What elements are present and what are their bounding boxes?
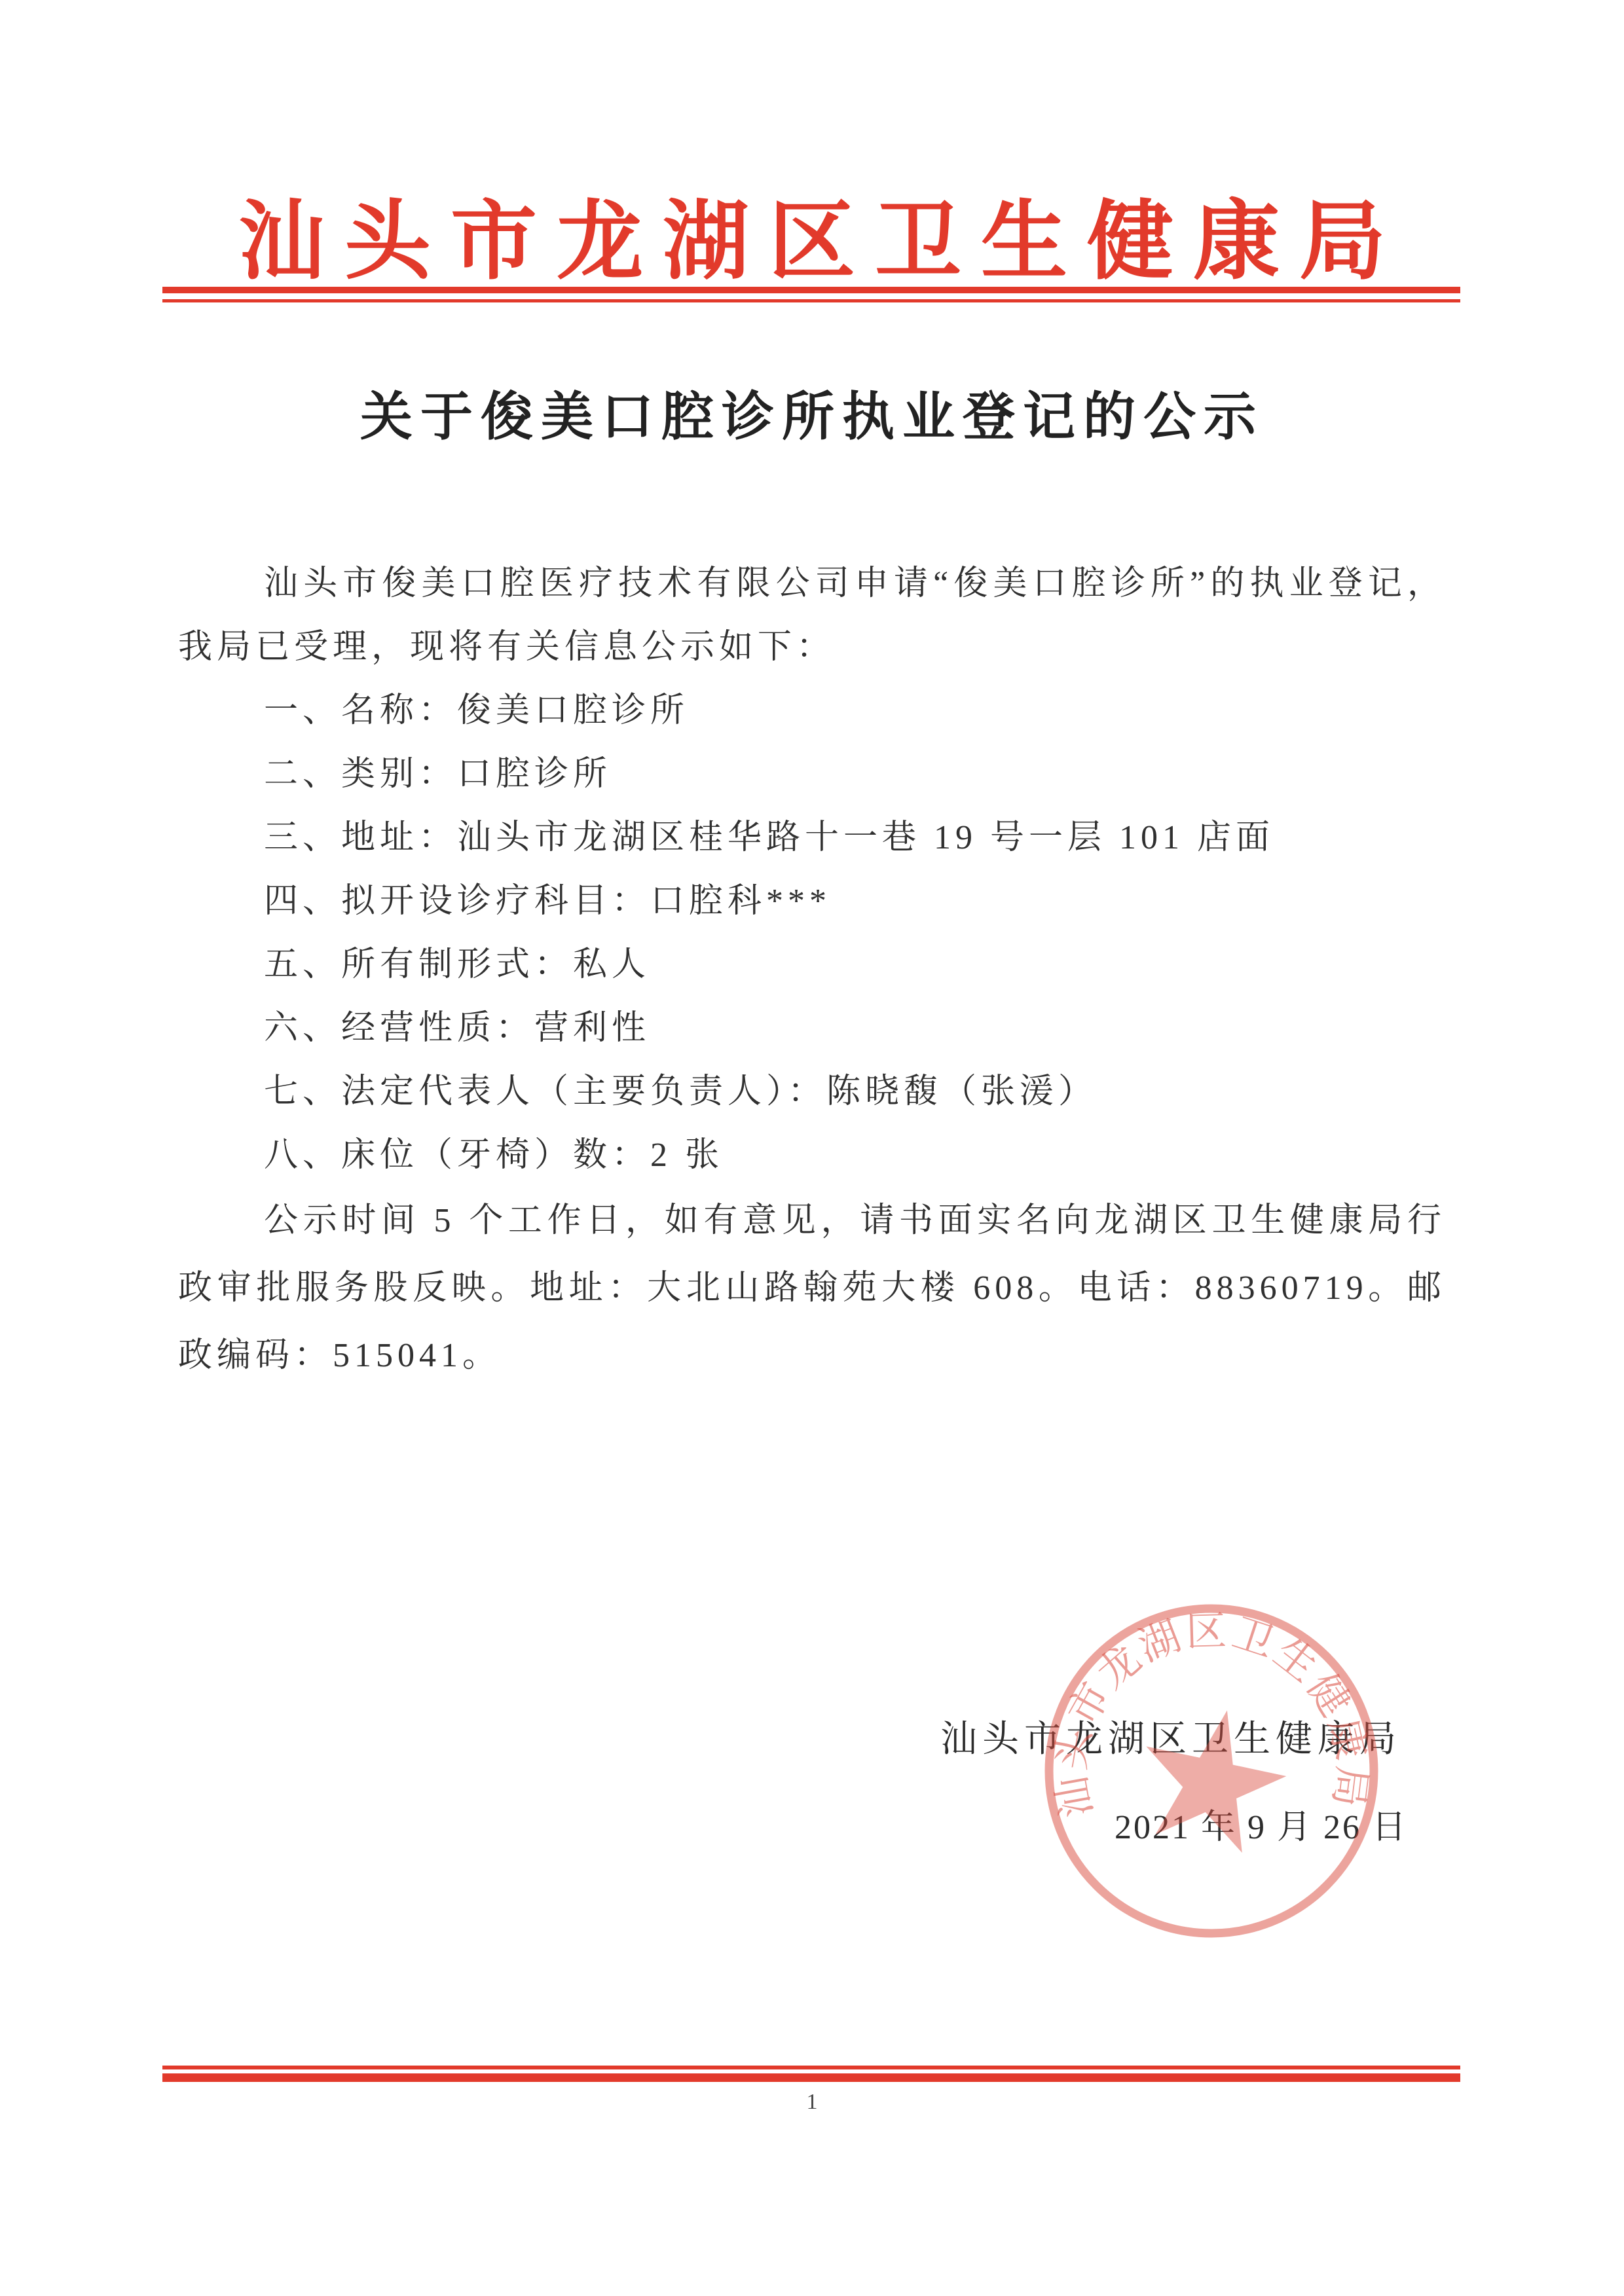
- list-item-address: 三、地址：汕头市龙湖区桂华路十一巷 19 号一层 101 店面: [178, 806, 1446, 869]
- page-number: 1: [0, 2090, 1624, 2115]
- scanned-document-page: 汕头市龙湖区卫生健康局 关于俊美口腔诊所执业登记的公示 汕头市俊美口腔医疗技术有…: [0, 0, 1624, 2296]
- list-item-departments: 四、拟开设诊疗科目：口腔科***: [178, 869, 1446, 933]
- list-item-nature: 六、经营性质：营利性: [178, 996, 1446, 1060]
- document-title: 关于俊美口腔诊所执业登记的公示: [0, 374, 1624, 450]
- seal-ring: [1049, 1609, 1374, 1933]
- letterhead-rule-thin: [162, 299, 1460, 302]
- document-body: 汕头市俊美口腔医疗技术有限公司申请“俊美口腔诊所”的执业登记，我局已受理，现将有…: [178, 552, 1446, 1389]
- footer-rule-thin: [162, 2066, 1460, 2069]
- list-item-name: 一、名称：俊美口腔诊所: [178, 679, 1446, 742]
- list-item-category: 二、类别：口腔诊所: [178, 742, 1446, 806]
- intro-paragraph: 汕头市俊美口腔医疗技术有限公司申请“俊美口腔诊所”的执业登记，我局已受理，现将有…: [178, 552, 1446, 679]
- letterhead-rule-thick: [162, 287, 1460, 293]
- official-seal-stamp: 汕头市龙湖区卫生健康局: [1028, 1588, 1395, 1954]
- letterhead-agency-title: 汕头市龙湖区卫生健康局: [0, 172, 1624, 296]
- list-item-ownership: 五、所有制形式：私人: [178, 933, 1446, 996]
- list-item-representative: 七、法定代表人（主要负责人）：陈晓馥（张湲）: [178, 1060, 1446, 1123]
- footer-rule-thick: [162, 2073, 1460, 2082]
- list-item-beds: 八、床位（牙椅）数：2 张: [178, 1123, 1446, 1187]
- signature-date: 2021 年 9 月 26 日: [1115, 1799, 1408, 1848]
- closing-paragraph: 公示时间 5 个工作日，如有意见，请书面实名向龙湖区卫生健康局行政审批服务股反映…: [178, 1187, 1446, 1389]
- signature-agency-name: 汕头市龙湖区卫生健康局: [940, 1710, 1401, 1762]
